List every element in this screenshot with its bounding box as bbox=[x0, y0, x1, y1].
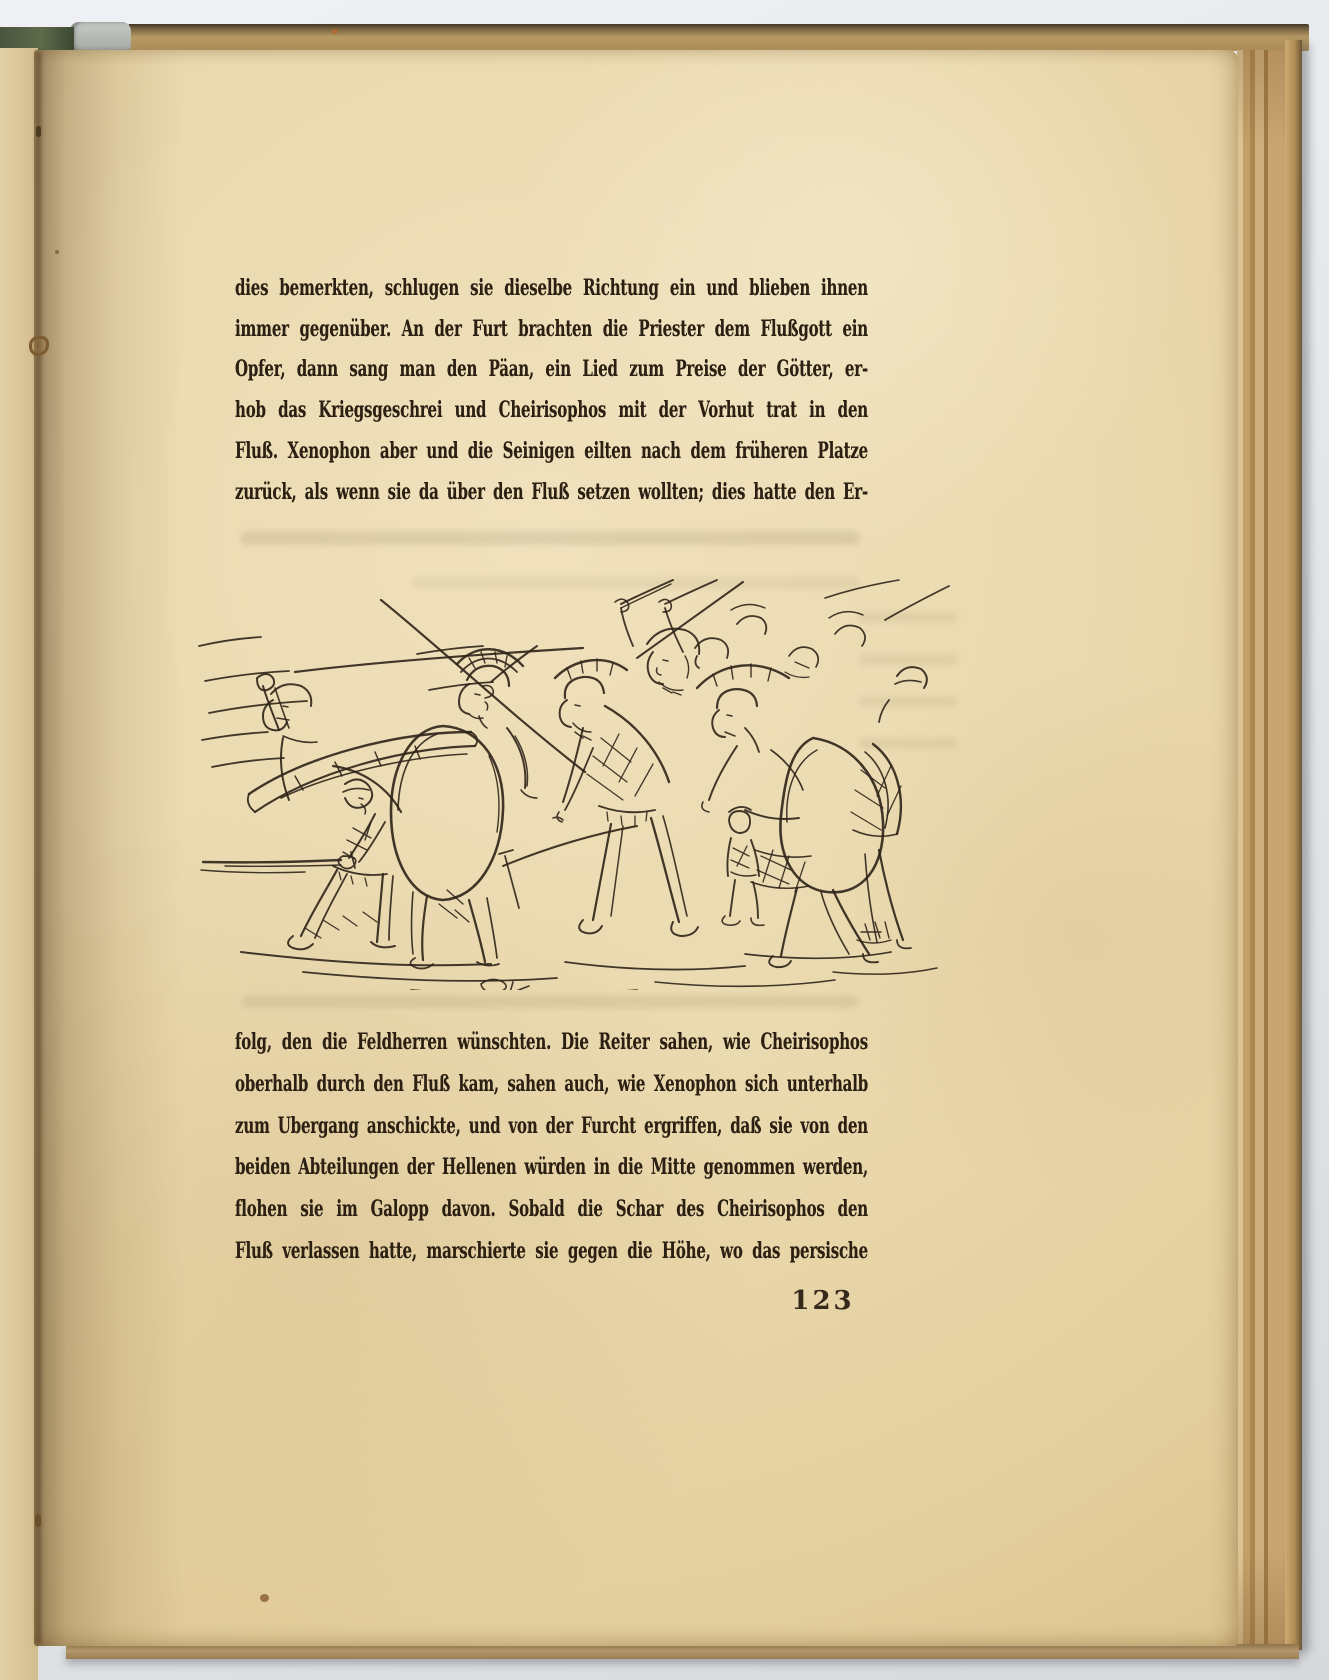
text-line: Fluß verlassen hatte, marschierte sie ge… bbox=[235, 1231, 868, 1273]
foxing-spot bbox=[260, 1594, 269, 1602]
text-line: zum Ubergang anschickte, und von der Fur… bbox=[235, 1106, 868, 1148]
book-headband bbox=[70, 22, 131, 51]
bleed-through-line bbox=[242, 995, 858, 1008]
text-line: zurück, als wenn sie da über den Fluß se… bbox=[235, 472, 868, 513]
binding-stitch bbox=[36, 126, 41, 137]
central-hoplite-oval-shield bbox=[391, 649, 537, 968]
text-line: Opfer, dann sang man den Päan, ein Lied … bbox=[235, 349, 868, 390]
page-number: 123 bbox=[786, 1286, 860, 1316]
page-deckle-fore-edges bbox=[1237, 50, 1285, 1646]
battle-illustration-svg bbox=[185, 560, 950, 990]
book-cover-fore-edge bbox=[1285, 40, 1302, 1650]
text-line: flohen sie im Galopp davon. Sobald die S… bbox=[235, 1189, 868, 1231]
text-line: dies bemerkten, schlugen sie dieselbe Ri… bbox=[235, 268, 868, 309]
warrior-raised-sword bbox=[257, 674, 317, 800]
book-scan-photo: dies bemerkten, schlugen sie dieselbe Ri… bbox=[0, 0, 1329, 1680]
text-line: hob das Kriegsgeschrei und Cheirisophos … bbox=[235, 390, 868, 431]
small-figure-boy bbox=[722, 807, 764, 925]
binding-stitch bbox=[35, 1514, 41, 1527]
paragraph-lower: folg, den die Feldherren wünschten. Die … bbox=[235, 1022, 868, 1273]
striding-warrior-back-shield bbox=[697, 664, 883, 967]
facing-page-sliver bbox=[0, 48, 38, 1680]
battle-illustration bbox=[185, 560, 950, 990]
text-line: folg, den die Feldherren wünschten. Die … bbox=[235, 1022, 868, 1064]
foxing-spot bbox=[332, 29, 338, 34]
crouching-warrior bbox=[203, 766, 401, 949]
book-cover-bottom-edge bbox=[66, 1644, 1299, 1659]
foxing-spot bbox=[55, 250, 59, 254]
text-line: Fluß. Xenophon aber und die Seinigen eil… bbox=[235, 431, 868, 472]
text-line: beiden Abteilungen der Hellenen würden i… bbox=[235, 1147, 868, 1189]
paragraph-upper: dies bemerkten, schlugen sie dieselbe Ri… bbox=[235, 268, 868, 512]
bearded-swordsman bbox=[615, 580, 699, 695]
book-cover-top-edge bbox=[128, 24, 1309, 51]
far-right-warrior bbox=[851, 667, 927, 948]
text-line: oberhalb durch den Fluß kam, sahen auch,… bbox=[235, 1064, 868, 1106]
gutter-shadow bbox=[34, 50, 184, 1646]
text-line: immer gegenüber. An der Furt brachten di… bbox=[235, 309, 868, 350]
bleed-through-line bbox=[240, 531, 860, 545]
gutter-crease bbox=[36, 52, 41, 1644]
